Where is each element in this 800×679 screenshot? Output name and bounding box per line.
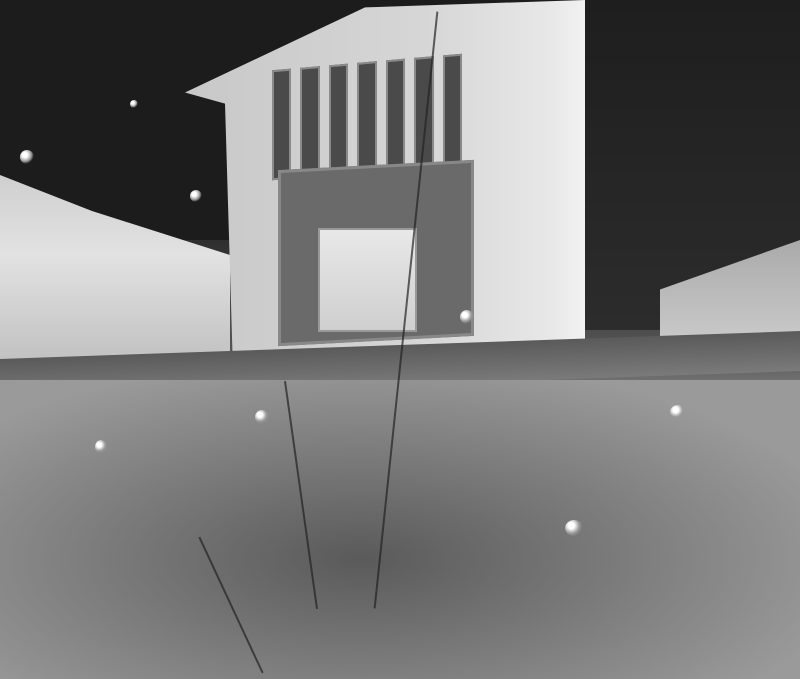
water-droplet bbox=[670, 405, 686, 419]
photo: Grayscale pinhole-style photograph throu… bbox=[0, 0, 800, 679]
water-droplet bbox=[565, 520, 583, 536]
water-droplet bbox=[130, 100, 138, 108]
water-droplet bbox=[190, 190, 202, 202]
water-droplet bbox=[255, 410, 269, 424]
dirt-ground bbox=[0, 380, 800, 679]
entrance-door bbox=[318, 228, 417, 332]
water-droplet bbox=[460, 310, 474, 324]
water-droplet bbox=[20, 150, 34, 164]
water-droplet bbox=[95, 440, 107, 454]
